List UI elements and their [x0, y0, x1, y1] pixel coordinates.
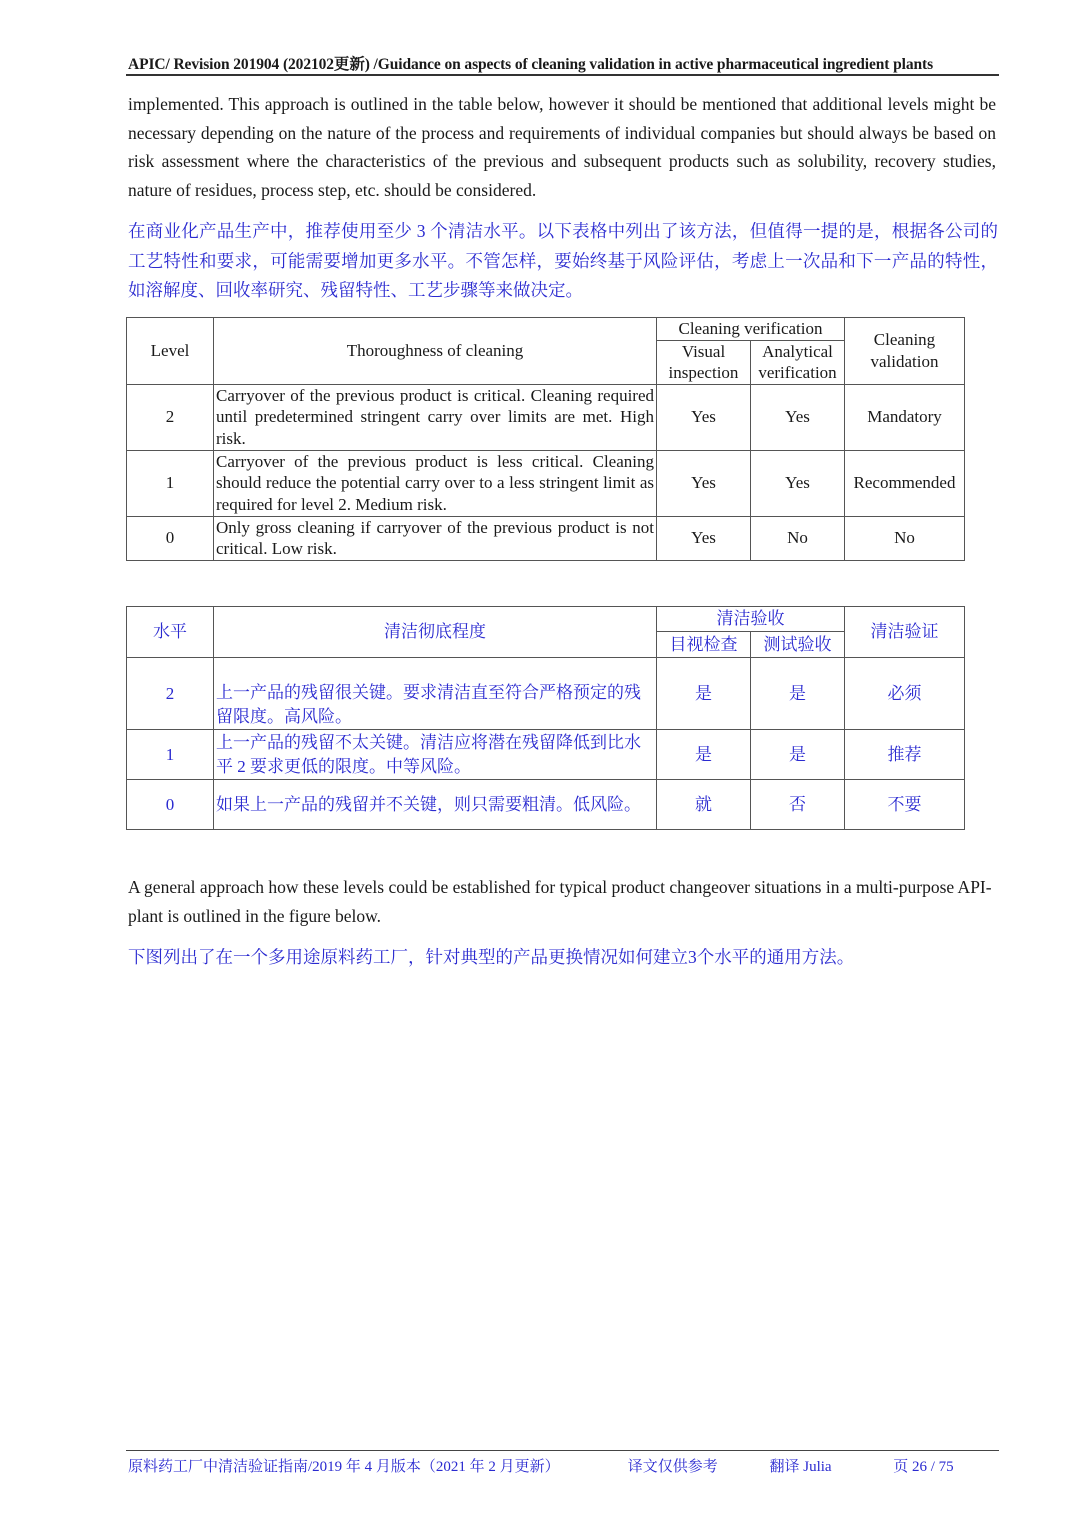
intro-paragraph-zh: 在商业化产品生产中，推荐使用至少 3 个清洁水平。以下表格中列出了该方法，但值得… — [128, 217, 998, 306]
cell-validation: Mandatory — [845, 384, 965, 450]
cleaning-levels-table-en: Level Thoroughness of cleaning Cleaning … — [126, 317, 965, 561]
cell-visual: 就 — [657, 780, 751, 830]
cell-level: 1 — [127, 730, 214, 780]
footer-note: 译文仅供参考 — [628, 1455, 766, 1476]
cell-level: 2 — [127, 384, 214, 450]
footer-page-number: 页 26 / 75 — [893, 1455, 953, 1476]
footer-translator: 翻译 Julia — [770, 1455, 890, 1476]
intro-paragraph-en: implemented. This approach is outlined i… — [128, 90, 996, 204]
outro-paragraph-zh: 下图列出了在一个多用途原料药工厂，针对典型的产品更换情况如何建立3个水平的通用方… — [128, 943, 998, 973]
header-analytical: Analytical verification — [751, 340, 845, 384]
cell-level: 1 — [127, 450, 214, 516]
cell-desc: Only gross cleaning if carryover of the … — [214, 516, 657, 560]
header-level: 水平 — [127, 607, 214, 658]
table-row: 2 上一产品的残留很关键。要求清洁直至符合严格预定的残留限度。高风险。 是 是 … — [127, 658, 965, 730]
cell-level: 2 — [127, 658, 214, 730]
cell-level: 0 — [127, 780, 214, 830]
cell-validation: 必须 — [845, 658, 965, 730]
cell-desc: Carryover of the previous product is les… — [214, 450, 657, 516]
table-row: 0 Only gross cleaning if carryover of th… — [127, 516, 965, 560]
cell-visual: 是 — [657, 658, 751, 730]
table-row: 2 Carryover of the previous product is c… — [127, 384, 965, 450]
cell-visual: 是 — [657, 730, 751, 780]
running-header: APIC/ Revision 201904 (202102更新) /Guidan… — [128, 52, 998, 74]
cell-validation: 推荐 — [845, 730, 965, 780]
cell-analytical: 否 — [751, 780, 845, 830]
header-analytical: 测试验收 — [751, 632, 845, 658]
header-verification: Cleaning verification — [657, 318, 845, 341]
header-visual: Visual inspection — [657, 340, 751, 384]
header-validation: 清洁验证 — [845, 607, 965, 658]
cell-desc: 如果上一产品的残留并不关键，则只需要粗清。低风险。 — [214, 780, 657, 830]
cell-desc: 上一产品的残留很关键。要求清洁直至符合严格预定的残留限度。高风险。 — [214, 658, 657, 730]
cell-analytical: Yes — [751, 450, 845, 516]
cell-visual: Yes — [657, 516, 751, 560]
page-footer: 原料药工厂中清洁验证指南/2019 年 4 月版本（2021 年 2 月更新） … — [128, 1455, 954, 1476]
cleaning-levels-table-zh: 水平 清洁彻底程度 清洁验收 清洁验证 目视检查 测试验收 2 上一产品的残留很… — [126, 606, 965, 830]
header-thoroughness: 清洁彻底程度 — [214, 607, 657, 658]
cell-visual: Yes — [657, 450, 751, 516]
table-row: 1 Carryover of the previous product is l… — [127, 450, 965, 516]
outro-paragraph-en: A general approach how these levels coul… — [128, 873, 996, 930]
header-visual: 目视检查 — [657, 632, 751, 658]
cell-level: 0 — [127, 516, 214, 560]
header-verification: 清洁验收 — [657, 607, 845, 632]
footer-doc-title: 原料药工厂中清洁验证指南/2019 年 4 月版本（2021 年 2 月更新） — [128, 1455, 624, 1476]
table-row: 0 如果上一产品的残留并不关键，则只需要粗清。低风险。 就 否 不要 — [127, 780, 965, 830]
cell-desc: 上一产品的残留不太关键。清洁应将潜在残留降低到比水平 2 要求更低的限度。中等风… — [214, 730, 657, 780]
cell-analytical: 是 — [751, 730, 845, 780]
header-validation: Cleaning validation — [845, 318, 965, 385]
cell-validation: No — [845, 516, 965, 560]
cell-validation: Recommended — [845, 450, 965, 516]
cell-validation: 不要 — [845, 780, 965, 830]
table-row: 1 上一产品的残留不太关键。清洁应将潜在残留降低到比水平 2 要求更低的限度。中… — [127, 730, 965, 780]
cell-analytical: Yes — [751, 384, 845, 450]
cell-visual: Yes — [657, 384, 751, 450]
cell-analytical: No — [751, 516, 845, 560]
header-level: Level — [127, 318, 214, 385]
header-divider — [126, 74, 999, 76]
header-thoroughness: Thoroughness of cleaning — [214, 318, 657, 385]
footer-divider — [126, 1450, 999, 1451]
cell-analytical: 是 — [751, 658, 845, 730]
cell-desc: Carryover of the previous product is cri… — [214, 384, 657, 450]
